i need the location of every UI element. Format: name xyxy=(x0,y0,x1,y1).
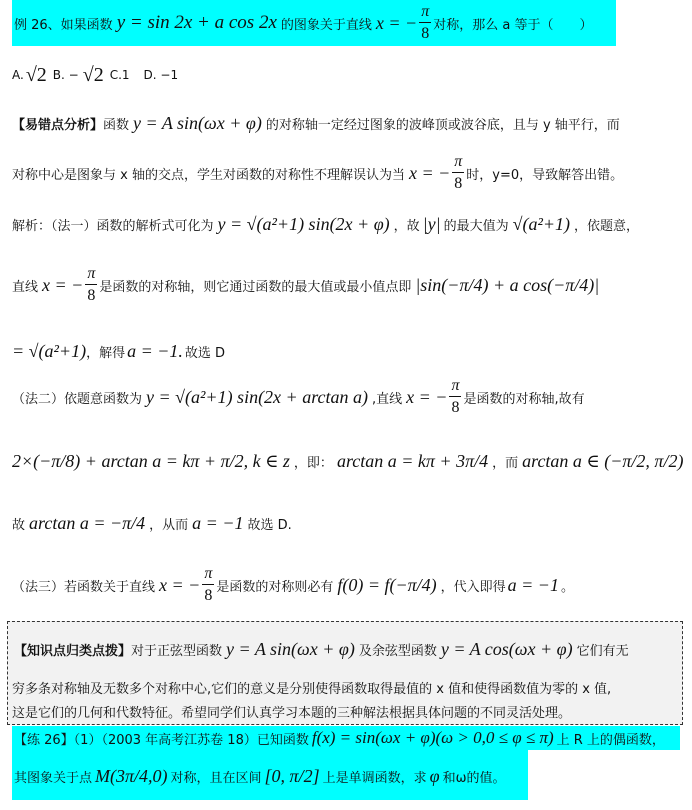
formula: √(a²+1) xyxy=(513,214,570,235)
error-analysis-heading: 【易错点分析】 xyxy=(12,114,103,133)
text: ，而 xyxy=(492,452,518,471)
fraction-denominator: 8 xyxy=(87,285,95,304)
text: 是函数的对称轴,故有 xyxy=(463,388,584,407)
option-a-label: A. xyxy=(12,68,24,82)
formula: = √(a²+1) xyxy=(12,341,86,362)
fraction: π 8 xyxy=(85,266,97,304)
method2-line3: 故 arctan a = −π/4 ，从而 a = −1 故选 D. xyxy=(12,500,292,546)
formula: x = − xyxy=(42,275,83,296)
formula: a = −1 xyxy=(508,575,559,596)
text: 故选 D xyxy=(185,342,225,361)
text: 对称中心是图象与 x 轴的交点，学生对函数的对称性不理解误认为当 xyxy=(12,164,405,183)
fraction-denominator: 8 xyxy=(454,173,462,192)
method1-line2: 直线 x = − π 8 是函数的对称轴，则它通过函数的最大值或最小值点即 |s… xyxy=(12,260,599,310)
fraction-denominator: 8 xyxy=(204,585,212,604)
text: 是函数的对称则必有 xyxy=(216,576,333,595)
method1-line3: = √(a²+1) ，解得 a = −1. 故选 D xyxy=(12,336,225,366)
text: ,直线 xyxy=(372,388,402,407)
fraction-denominator: 8 xyxy=(451,397,459,416)
text: 。 xyxy=(561,576,574,595)
method3-line: （法三）若函数关于直线 x = − π 8 是函数的对称则必有 f(0) = f… xyxy=(12,560,574,610)
formula: [0, π/2] xyxy=(265,766,320,787)
option-a-value: √2 xyxy=(26,64,47,87)
text: （法二）依题意函数为 xyxy=(12,388,142,407)
error-analysis-line1: 【易错点分析】 函数 y = A sin(ωx + φ) 的对称轴一定经过图象的… xyxy=(12,108,620,138)
question-line: 例 26、如果函数 y = sin 2x + a cos 2x 的图象关于直线 … xyxy=(14,0,592,46)
error-analysis-line2: 对称中心是图象与 x 轴的交点，学生对函数的对称性不理解误认为当 x = − π… xyxy=(12,150,623,196)
formula: |y| xyxy=(423,214,441,235)
formula: y = A cos(ωx + φ) xyxy=(441,639,573,660)
text: 及余弦型函数 xyxy=(359,640,437,659)
text: 解析：（法一）函数的解析式可化为 xyxy=(12,215,214,234)
formula: M(3π/4,0) xyxy=(95,766,168,787)
exercise-line2: 其图象关于点 M(3π/4,0) 对称，且在区间 [0, π/2] 上是单调函数… xyxy=(14,752,505,800)
option-c: C.1 xyxy=(110,68,130,82)
text: ，解得 xyxy=(86,342,125,361)
question-function: y = sin 2x + a cos 2x xyxy=(117,12,277,34)
text: 这是它们的几何和代数特征。希望同学们认真学习本题的三种解法根据具体问题的不同灵活… xyxy=(12,702,571,721)
option-b-value: √2 xyxy=(83,64,104,87)
knowledge-line2: 穷多条对称轴及无数多个对称中心,它们的意义是分别使得函数取得最值的 x 值和使得… xyxy=(12,676,611,698)
text: 的最大值为 xyxy=(444,215,509,234)
text: 函数 xyxy=(103,114,129,133)
text: 和ω的值。 xyxy=(443,767,506,786)
text: 【练 26】（1）（2003 年高考江苏卷 18）已知函数 xyxy=(14,729,309,748)
formula: x = − xyxy=(406,387,447,408)
formula: a = −1 xyxy=(192,513,243,534)
formula: |sin(−π/4) + a cos(−π/4)| xyxy=(415,275,599,296)
option-d: D. −1 xyxy=(144,68,179,82)
formula: f(0) = f(−π/4) xyxy=(337,575,436,596)
question-fraction: π 8 xyxy=(419,4,431,42)
method2-line2: 2×(−π/8) + arctan a = kπ + π/2, k ∈ z ，即… xyxy=(12,436,683,486)
text: 上 R 上的偶函数， xyxy=(557,729,665,748)
formula: a = −1. xyxy=(127,341,183,362)
text: 其图象关于点 xyxy=(14,767,92,786)
text: 直线 xyxy=(12,276,38,295)
formula: arctan a = −π/4 xyxy=(29,513,145,534)
question-prefix: 例 26、如果函数 xyxy=(14,14,113,33)
question-suffix: 对称，那么 a 等于（ ） xyxy=(433,14,592,33)
exercise-line1: 【练 26】（1）（2003 年高考江苏卷 18）已知函数 f(x) = sin… xyxy=(14,726,665,750)
text: 的对称轴一定经过图象的波峰顶或波谷底，且与 y 轴平行，而 xyxy=(266,114,620,133)
fraction-numerator: π xyxy=(449,378,461,397)
text: 故 xyxy=(12,514,25,533)
text: 对于正弦型函数 xyxy=(131,640,222,659)
formula: y = A sin(ωx + φ) xyxy=(226,639,355,660)
formula: arctan a ∈ (−π/2, π/2) xyxy=(522,451,683,472)
formula: x = − xyxy=(159,575,200,596)
text: 对称，且在区间 xyxy=(171,767,262,786)
method2-line1: （法二）依题意函数为 y = √(a²+1) sin(2x + arctan a… xyxy=(12,374,585,420)
text: 它们有无 xyxy=(577,640,629,659)
answer-options: A. √2 B. − √2 C.1 D. −1 xyxy=(12,60,178,90)
fraction-numerator: π xyxy=(85,266,97,285)
text: 故选 D. xyxy=(247,514,291,533)
text: ，故 xyxy=(394,215,420,234)
fraction-numerator: π xyxy=(419,4,431,23)
formula: φ xyxy=(430,766,440,787)
knowledge-line1: 【知识点归类点拨】 对于正弦型函数 y = A sin(ωx + φ) 及余弦型… xyxy=(14,634,629,664)
option-b-label: B. − xyxy=(53,68,79,82)
formula: y = A sin(ωx + φ) xyxy=(133,113,262,134)
fraction: π 8 xyxy=(449,378,461,416)
text: 是函数的对称轴，则它通过函数的最大值或最小值点即 xyxy=(99,276,411,295)
knowledge-line3: 这是它们的几何和代数特征。希望同学们认真学习本题的三种解法根据具体问题的不同灵活… xyxy=(12,700,571,722)
method1-line1: 解析：（法一）函数的解析式可化为 y = √(a²+1) sin(2x + φ)… xyxy=(12,208,639,240)
fraction-numerator: π xyxy=(452,154,464,173)
text: （法三）若函数关于直线 xyxy=(12,576,155,595)
question-mid: 的图象关于直线 xyxy=(281,14,372,33)
text: ，即： xyxy=(294,452,333,471)
fraction: π 8 xyxy=(452,154,464,192)
fraction-numerator: π xyxy=(202,566,214,585)
formula: 2×(−π/8) + arctan a = kπ + π/2, k ∈ z xyxy=(12,451,290,472)
text: 时，y=0，导致解答出错。 xyxy=(466,164,623,183)
text: 上是单调函数，求 xyxy=(323,767,427,786)
formula: arctan a = kπ + 3π/4 xyxy=(337,451,488,472)
formula: f(x) = sin(ωx + φ)(ω > 0,0 ≤ φ ≤ π) xyxy=(312,728,554,748)
formula: y = √(a²+1) sin(2x + arctan a) xyxy=(146,387,368,408)
text: ，从而 xyxy=(149,514,188,533)
formula: x = − xyxy=(409,163,450,184)
formula: y = √(a²+1) sin(2x + φ) xyxy=(218,214,390,235)
knowledge-heading: 【知识点归类点拨】 xyxy=(14,640,131,659)
text: ，依题意， xyxy=(574,215,639,234)
fraction-denominator: 8 xyxy=(421,23,429,42)
question-line-lhs: x = − xyxy=(376,13,417,34)
text: 穷多条对称轴及无数多个对称中心,它们的意义是分别使得函数取得最值的 x 值和使得… xyxy=(12,678,611,697)
text: ，代入即得 xyxy=(441,576,506,595)
fraction: π 8 xyxy=(202,566,214,604)
